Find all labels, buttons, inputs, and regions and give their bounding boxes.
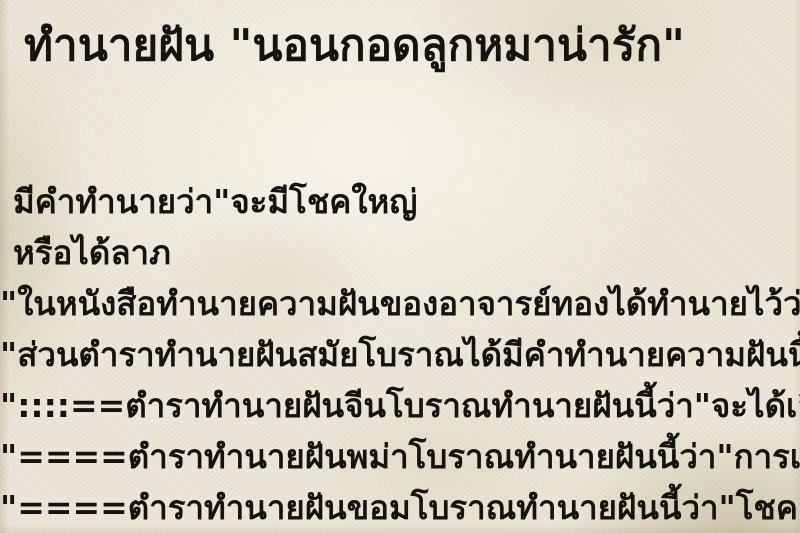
body-line-chinese-text: "::::==ตำราทำนายฝันจีนโบราณทำนายฝันนี้ว่… bbox=[0, 380, 800, 431]
body-line-burmese-text: "====ตำราทำนายฝันพม่าโบราณทำนายฝันนี้ว่า… bbox=[0, 431, 800, 482]
body-line-ajarn-thong-book: "ในหนังสือทำนายความฝันของอาจารย์ทองได้ทำ… bbox=[0, 278, 800, 329]
body-line-khmer-text: "====ตำราทำนายฝันขอมโบราณทำนายฝันนี้ว่า"… bbox=[0, 482, 800, 533]
body-line-prediction-fortune: หรือได้ลาภ bbox=[0, 227, 800, 278]
body-line-prediction-luck: มีคำทำนายว่า"จะมีโชคใหญ่ bbox=[0, 176, 800, 227]
body-line-ancient-text: "ส่วนตำราทำนายฝันสมัยโบราณได้มีคำทำนายคว… bbox=[0, 329, 800, 380]
page-title: ทำนายฝัน "นอนกอดลูกหมาน่ารัก" bbox=[24, 10, 685, 80]
paper-background: ทำนายฝัน "นอนกอดลูกหมาน่ารัก" มีคำทำนายว… bbox=[0, 0, 800, 533]
body-text: มีคำทำนายว่า"จะมีโชคใหญ่ หรือได้ลาภ "ในห… bbox=[0, 176, 800, 533]
